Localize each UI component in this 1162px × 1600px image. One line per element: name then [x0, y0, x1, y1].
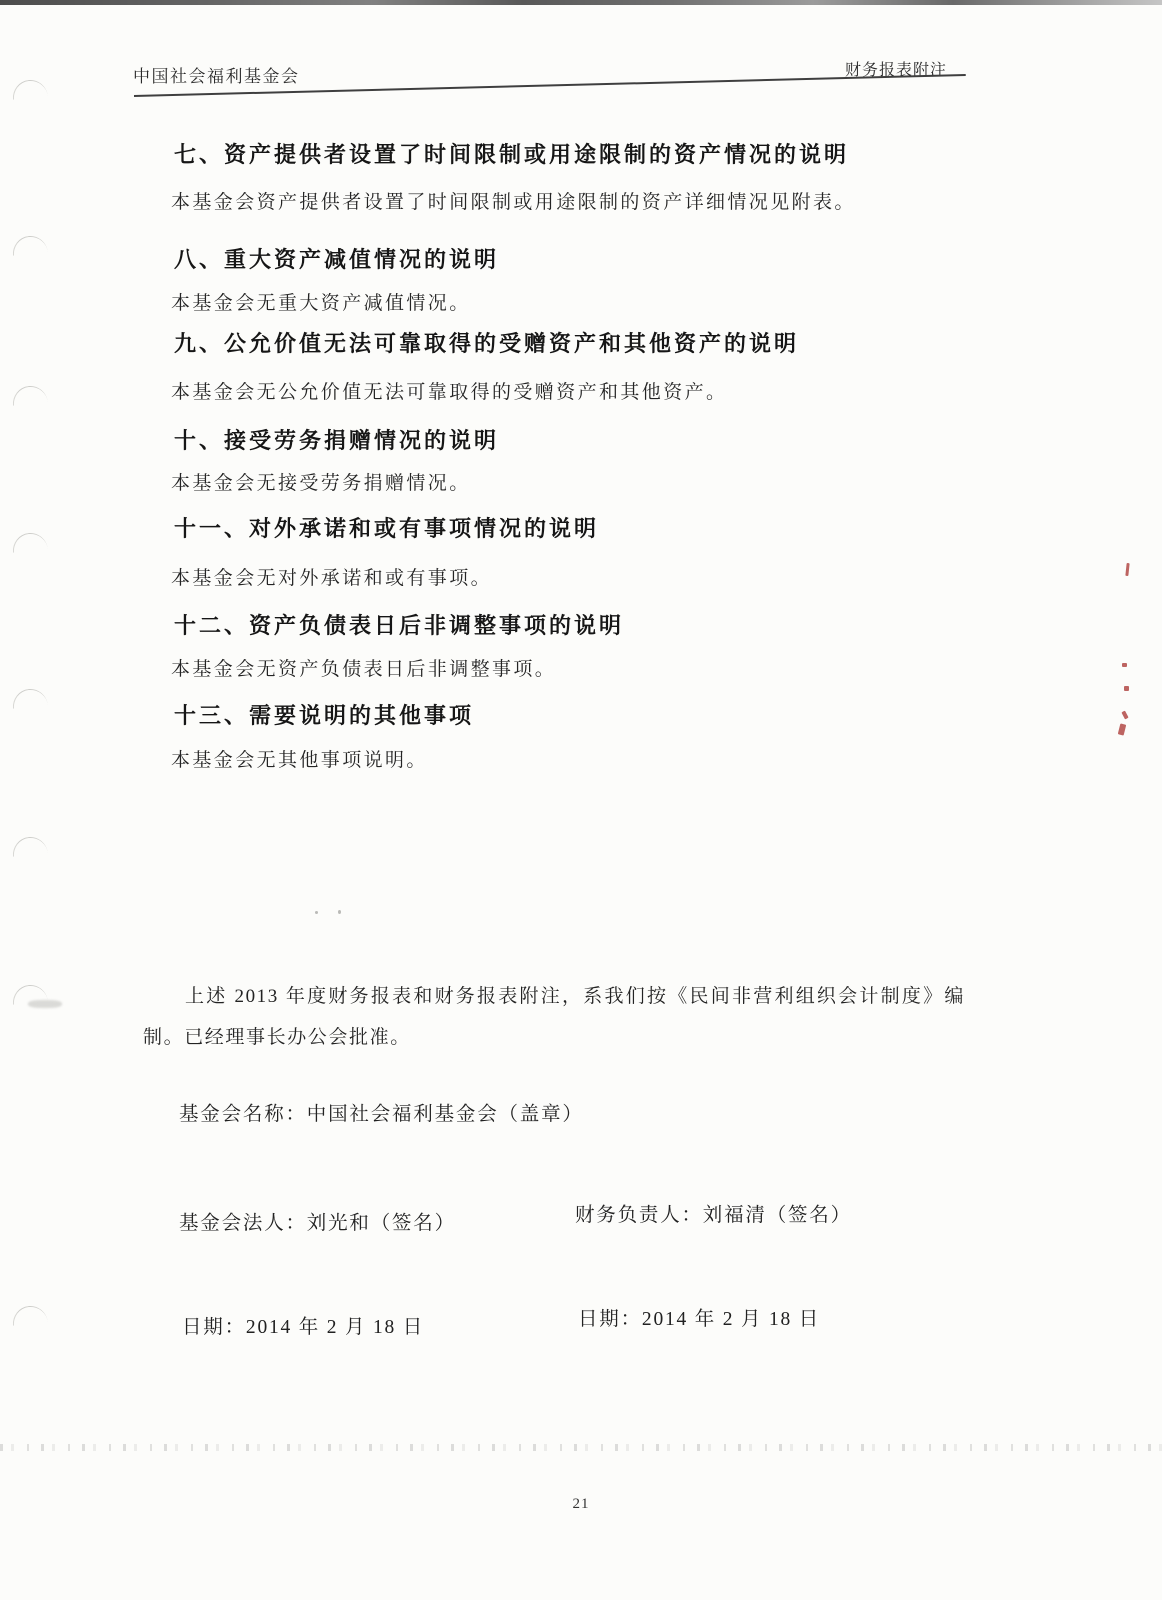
section-body-7: 本基金会资产提供者设置了时间限制或用途限制的资产详细情况见附表。 [171, 187, 856, 214]
red-ink-mark [1118, 723, 1126, 735]
red-ink-mark [1122, 663, 1127, 667]
foundation-name-line: 基金会名称：中国社会福利基金会（盖章） [179, 1098, 584, 1126]
legal-person-line: 基金会法人：刘光和（签名） [179, 1207, 456, 1235]
section-body-10: 本基金会无接受劳务捐赠情况。 [171, 468, 471, 495]
section-body-12: 本基金会无资产负债表日后非调整事项。 [171, 654, 556, 681]
binder-hole-mark [11, 1304, 48, 1326]
section-heading-9: 九、公允价值无法可靠取得的受赠资产和其他资产的说明 [174, 327, 799, 358]
binder-hole-mark [11, 531, 48, 553]
document-page: 中国社会福利基金会 财务报表附注 七、资产提供者设置了时间限制或用途限制的资产情… [0, 0, 1162, 1600]
section-body-9: 本基金会无公允价值无法可靠取得的受赠资产和其他资产。 [171, 377, 727, 404]
red-ink-mark [1121, 711, 1128, 720]
scan-edge-artifact [0, 0, 1162, 5]
section-body-11: 本基金会无对外承诺和或有事项。 [171, 563, 492, 590]
header-org-name: 中国社会福利基金会 [133, 62, 300, 87]
section-heading-10: 十、接受劳务捐赠情况的说明 [174, 424, 499, 455]
section-body-8: 本基金会无重大资产减值情况。 [171, 288, 471, 315]
date-line-left: 日期：2014 年 2 月 18 日 [182, 1311, 424, 1339]
binder-hole-mark [11, 384, 48, 406]
date-line-right: 日期：2014 年 2 月 18 日 [578, 1303, 820, 1331]
scan-speck [315, 911, 318, 914]
section-heading-12: 十二、资产负债表日后非调整事项的说明 [174, 609, 624, 640]
section-heading-13: 十三、需要说明的其他事项 [174, 699, 474, 730]
binder-hole-mark [11, 234, 48, 256]
binder-hole-mark [11, 78, 48, 100]
red-ink-mark [1125, 563, 1129, 576]
scan-speck [338, 910, 341, 914]
closing-paragraph: 上述 2013 年度财务报表和财务报表附注，系我们按《民间非营利组织会计制度》编… [143, 976, 965, 1058]
red-ink-mark [1124, 686, 1129, 691]
section-heading-11: 十一、对外承诺和或有事项情况的说明 [174, 512, 599, 543]
scan-noise-band [0, 1444, 1162, 1451]
section-body-13: 本基金会无其他事项说明。 [171, 745, 428, 772]
page-number: 21 [0, 1496, 1162, 1513]
binder-hole-mark [11, 687, 48, 709]
finance-officer-line: 财务负责人：刘福清（签名） [575, 1199, 852, 1227]
binder-hole-mark [11, 835, 48, 857]
section-heading-8: 八、重大资产减值情况的说明 [174, 243, 499, 274]
section-heading-7: 七、资产提供者设置了时间限制或用途限制的资产情况的说明 [174, 138, 849, 169]
scan-smudge [28, 1000, 62, 1008]
